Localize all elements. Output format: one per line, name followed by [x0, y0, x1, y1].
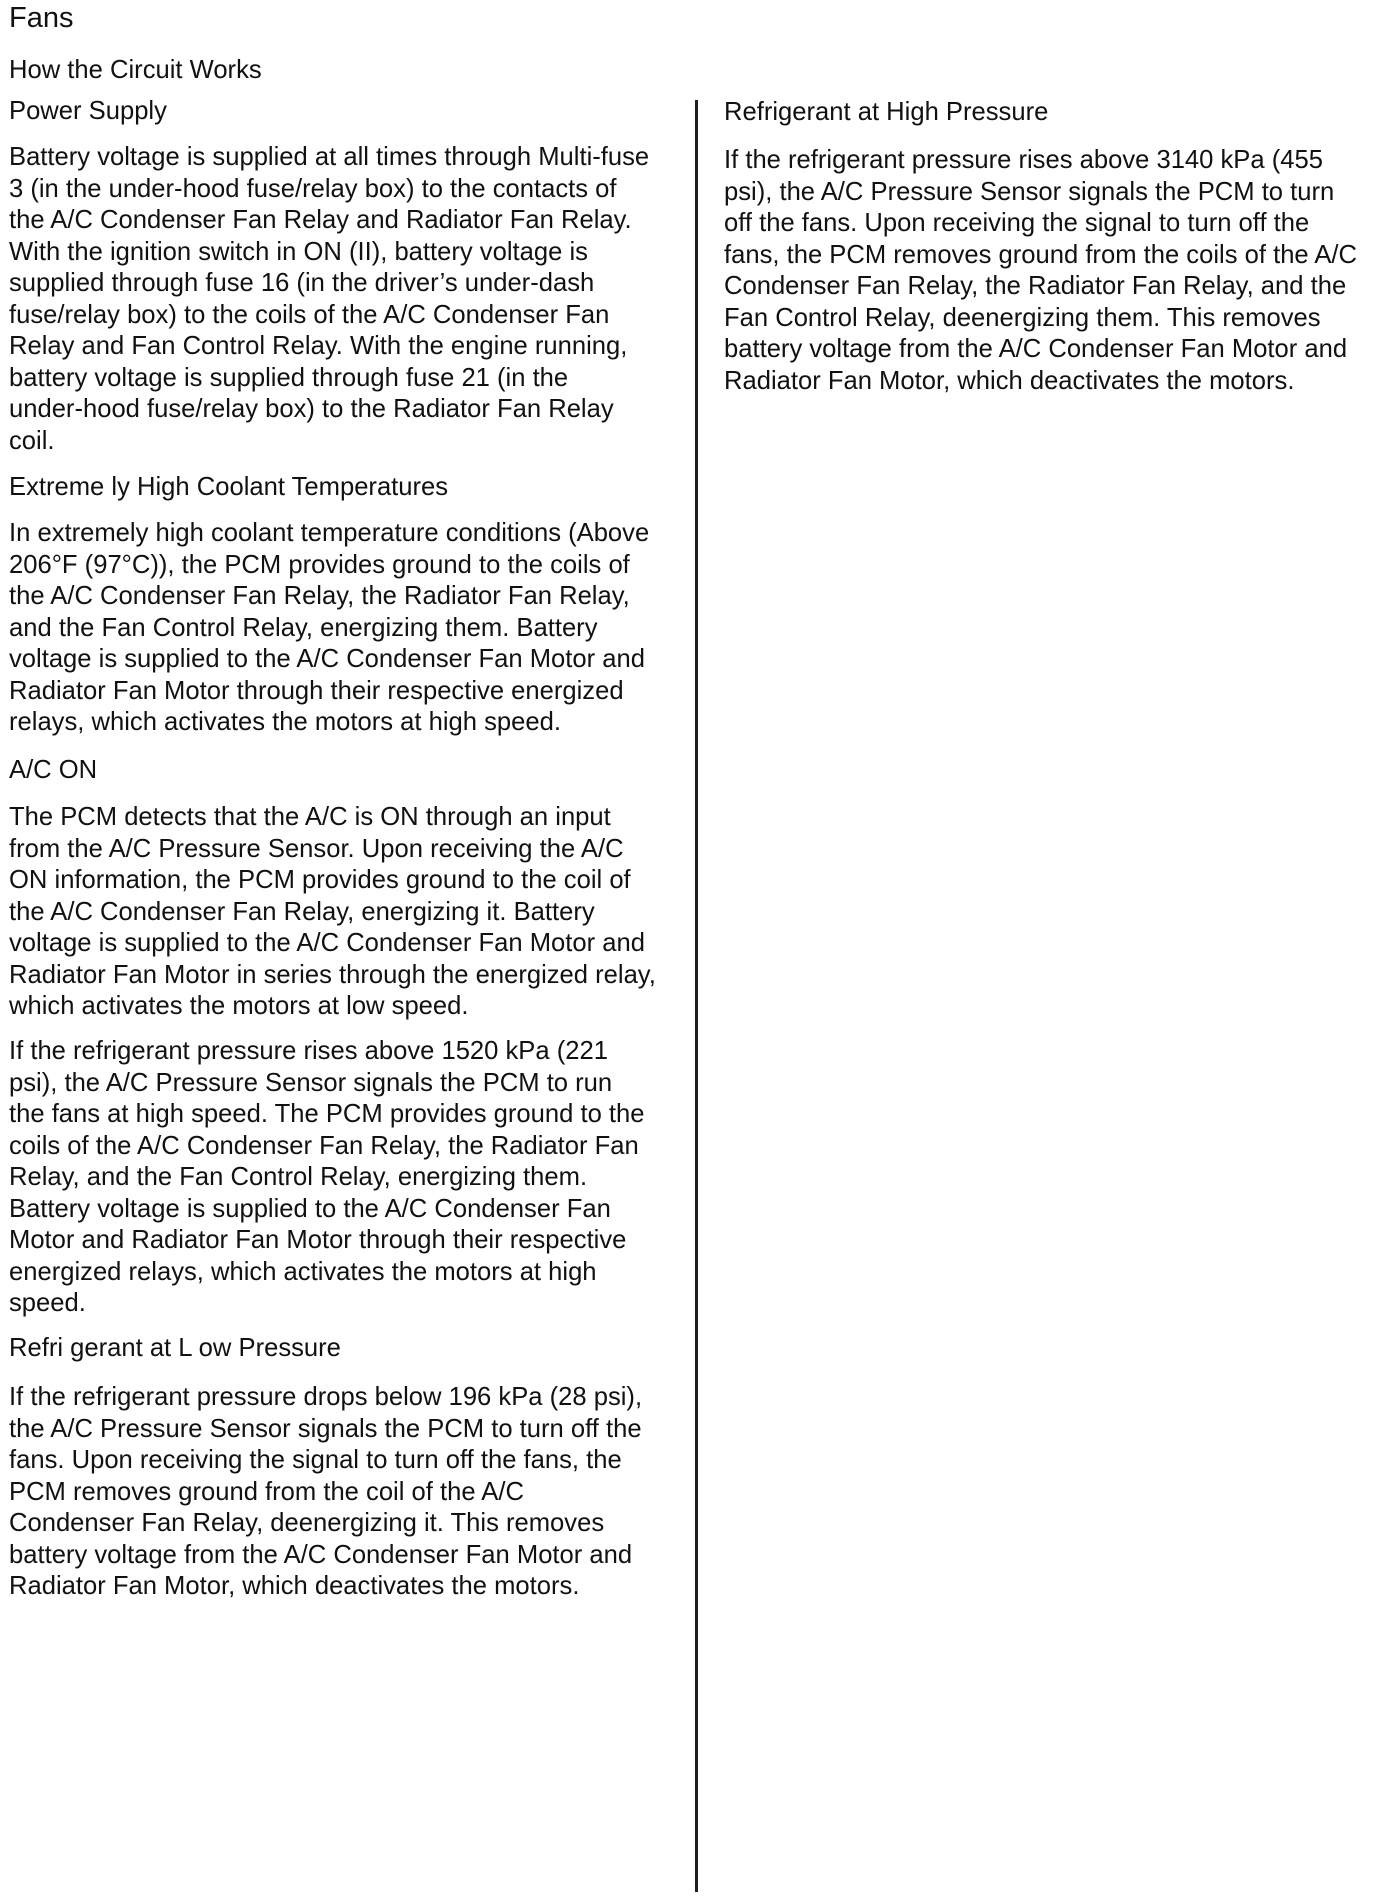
text-line: PCM removes ground from the coil of the …	[9, 1477, 642, 1509]
subheading-extremely-high-coolant-temperatures: Extreme ly High Coolant Temperatures	[9, 472, 448, 504]
subheading-ac-on: A/C ON	[9, 755, 97, 787]
text-line: psi), the A/C Pressure Sensor signals th…	[724, 177, 1357, 209]
text-line: 206°F (97°C)), the PCM provides ground t…	[9, 550, 649, 582]
text-line: battery voltage from the A/C Condenser F…	[9, 1540, 642, 1572]
text-line: Relay, and the Fan Control Relay, energi…	[9, 1162, 645, 1194]
text-line: 3 (in the under-hood fuse/relay box) to …	[9, 174, 649, 206]
text-line: Radiator Fan Motor, which deactivates th…	[9, 1571, 642, 1603]
subheading-refrigerant-low-pressure: Refri gerant at L ow Pressure	[9, 1333, 341, 1365]
text-line: fuse/relay box) to the coils of the A/C …	[9, 300, 649, 332]
text-line: off the fans. Upon receiving the signal …	[724, 208, 1357, 240]
text-line: and the Fan Control Relay, energizing th…	[9, 613, 649, 645]
text-line: If the refrigerant pressure rises above …	[9, 1036, 645, 1068]
text-line: battery voltage is supplied through fuse…	[9, 363, 649, 395]
section-heading-how-the-circuit-works: How the Circuit Works	[9, 55, 262, 87]
text-line: Motor and Radiator Fan Motor through the…	[9, 1225, 645, 1257]
column-divider	[695, 100, 698, 1892]
text-line: the A/C Condenser Fan Relay, energizing …	[9, 897, 656, 929]
text-line: voltage is supplied to the A/C Condenser…	[9, 928, 656, 960]
paragraph-refrigerant-low-pressure: If the refrigerant pressure drops below …	[9, 1382, 642, 1603]
text-line: In extremely high coolant temperature co…	[9, 518, 649, 550]
subheading-refrigerant-high-pressure: Refrigerant at High Pressure	[724, 97, 1048, 129]
text-line: Fan Control Relay, deenergizing them. Th…	[724, 303, 1357, 335]
text-line: battery voltage from the A/C Condenser F…	[724, 334, 1357, 366]
text-line: The PCM detects that the A/C is ON throu…	[9, 802, 656, 834]
text-line: Battery voltage is supplied to the A/C C…	[9, 1194, 645, 1226]
paragraph-refrigerant-high-pressure: If the refrigerant pressure rises above …	[724, 145, 1357, 397]
text-line: With the ignition switch in ON (II), bat…	[9, 237, 649, 269]
text-line: Condenser Fan Relay, the Radiator Fan Re…	[724, 271, 1357, 303]
text-line: supplied through fuse 16 (in the driver’…	[9, 268, 649, 300]
paragraph-power-supply: Battery voltage is supplied at all times…	[9, 142, 649, 457]
text-line: speed.	[9, 1288, 645, 1320]
text-line: coil.	[9, 426, 649, 458]
text-line: from the A/C Pressure Sensor. Upon recei…	[9, 834, 656, 866]
text-line: relays, which activates the motors at hi…	[9, 707, 649, 739]
text-line: If the refrigerant pressure drops below …	[9, 1382, 642, 1414]
subheading-power-supply: Power Supply	[9, 96, 167, 128]
text-line: fans. Upon receiving the signal to turn …	[9, 1445, 642, 1477]
text-line: the A/C Pressure Sensor signals the PCM …	[9, 1414, 642, 1446]
text-line: voltage is supplied to the A/C Condenser…	[9, 644, 649, 676]
text-line: energized relays, which activates the mo…	[9, 1257, 645, 1289]
text-line: fans, the PCM removes ground from the co…	[724, 240, 1357, 272]
text-line: coils of the A/C Condenser Fan Relay, th…	[9, 1131, 645, 1163]
text-line: psi), the A/C Pressure Sensor signals th…	[9, 1068, 645, 1100]
paragraph-extremely-high-coolant: In extremely high coolant temperature co…	[9, 518, 649, 739]
text-line: Radiator Fan Motor through their respect…	[9, 676, 649, 708]
text-line: If the refrigerant pressure rises above …	[724, 145, 1357, 177]
text-line: Relay and Fan Control Relay. With the en…	[9, 331, 649, 363]
text-line: Radiator Fan Motor, which deactivates th…	[724, 366, 1357, 398]
paragraph-ac-on-high-pressure: If the refrigerant pressure rises above …	[9, 1036, 645, 1320]
text-line: the fans at high speed. The PCM provides…	[9, 1099, 645, 1131]
page-title: Fans	[9, 4, 73, 33]
paragraph-ac-on-detection: The PCM detects that the A/C is ON throu…	[9, 802, 656, 1023]
text-line: the A/C Condenser Fan Relay and Radiator…	[9, 205, 649, 237]
text-line: which activates the motors at low speed.	[9, 991, 656, 1023]
text-line: Condenser Fan Relay, deenergizing it. Th…	[9, 1508, 642, 1540]
text-line: ON information, the PCM provides ground …	[9, 865, 656, 897]
text-line: Battery voltage is supplied at all times…	[9, 142, 649, 174]
text-line: under-hood fuse/relay box) to the Radiat…	[9, 394, 649, 426]
text-line: Radiator Fan Motor in series through the…	[9, 960, 656, 992]
text-line: the A/C Condenser Fan Relay, the Radiato…	[9, 581, 649, 613]
